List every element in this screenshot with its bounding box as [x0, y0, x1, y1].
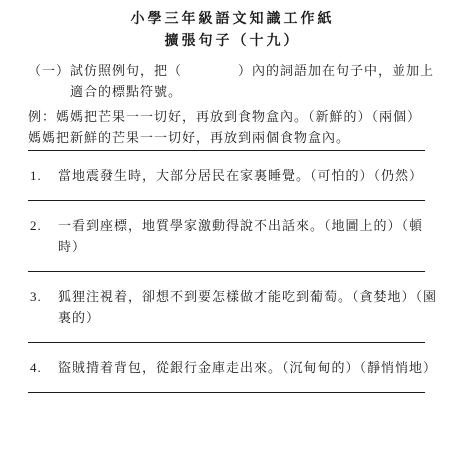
question-item-4: 4. 盜賊揹着背包，從銀行金庫走出來。（沉甸甸的）（靜悄悄地）	[28, 343, 437, 392]
instruction-section: （一） 試仿照例句，把（ ）內的詞語加在句子中，並加上適合的標點符號。	[28, 60, 437, 102]
question-number: 2.	[30, 215, 58, 257]
worksheet-page: 小學三年級語文知識工作紙 擴張句子（十九） （一） 試仿照例句，把（ ）內的詞語…	[0, 0, 453, 453]
question-item-1: 1. 當地震發生時，大部分居民在家裏睡覺。（可怕的）（仍然）	[28, 151, 437, 200]
example-answer: 媽媽把新鮮的芒果一一切好，再放到兩個食物盒內。	[28, 127, 437, 148]
question-item-3: 3. 狐狸注視着，卻想不到要怎樣做才能吃到葡萄。（貪婪地）（園裏的）	[28, 272, 437, 342]
example-question: 例：媽媽把芒果一一切好，再放到食物盒內。（新鮮的）（兩個）	[28, 106, 437, 127]
question-text: 盜賊揹着背包，從銀行金庫走出來。（沉甸甸的）（靜悄悄地）	[58, 357, 437, 378]
question-number: 4.	[30, 357, 58, 378]
question-item-2: 2. 一看到座標，地質學家激動得說不出話來。（地圖上的）（頓時）	[28, 201, 437, 271]
question-number: 3.	[30, 286, 58, 328]
page-title: 小學三年級語文知識工作紙	[28, 12, 437, 28]
divider-line	[28, 392, 425, 393]
question-text: 一看到座標，地質學家激動得說不出話來。（地圖上的）（頓時）	[58, 215, 437, 257]
page-subtitle: 擴張句子（十九）	[28, 34, 437, 50]
question-number: 1.	[30, 165, 58, 186]
question-text: 當地震發生時，大部分居民在家裏睡覺。（可怕的）（仍然）	[58, 165, 437, 186]
instruction-text: 試仿照例句，把（ ）內的詞語加在句子中，並加上適合的標點符號。	[70, 60, 437, 102]
question-text: 狐狸注視着，卻想不到要怎樣做才能吃到葡萄。（貪婪地）（園裏的）	[58, 286, 437, 328]
instruction-section-number: （一）	[28, 60, 70, 102]
example-block: 例：媽媽把芒果一一切好，再放到食物盒內。（新鮮的）（兩個） 媽媽把新鮮的芒果一一…	[28, 106, 437, 150]
